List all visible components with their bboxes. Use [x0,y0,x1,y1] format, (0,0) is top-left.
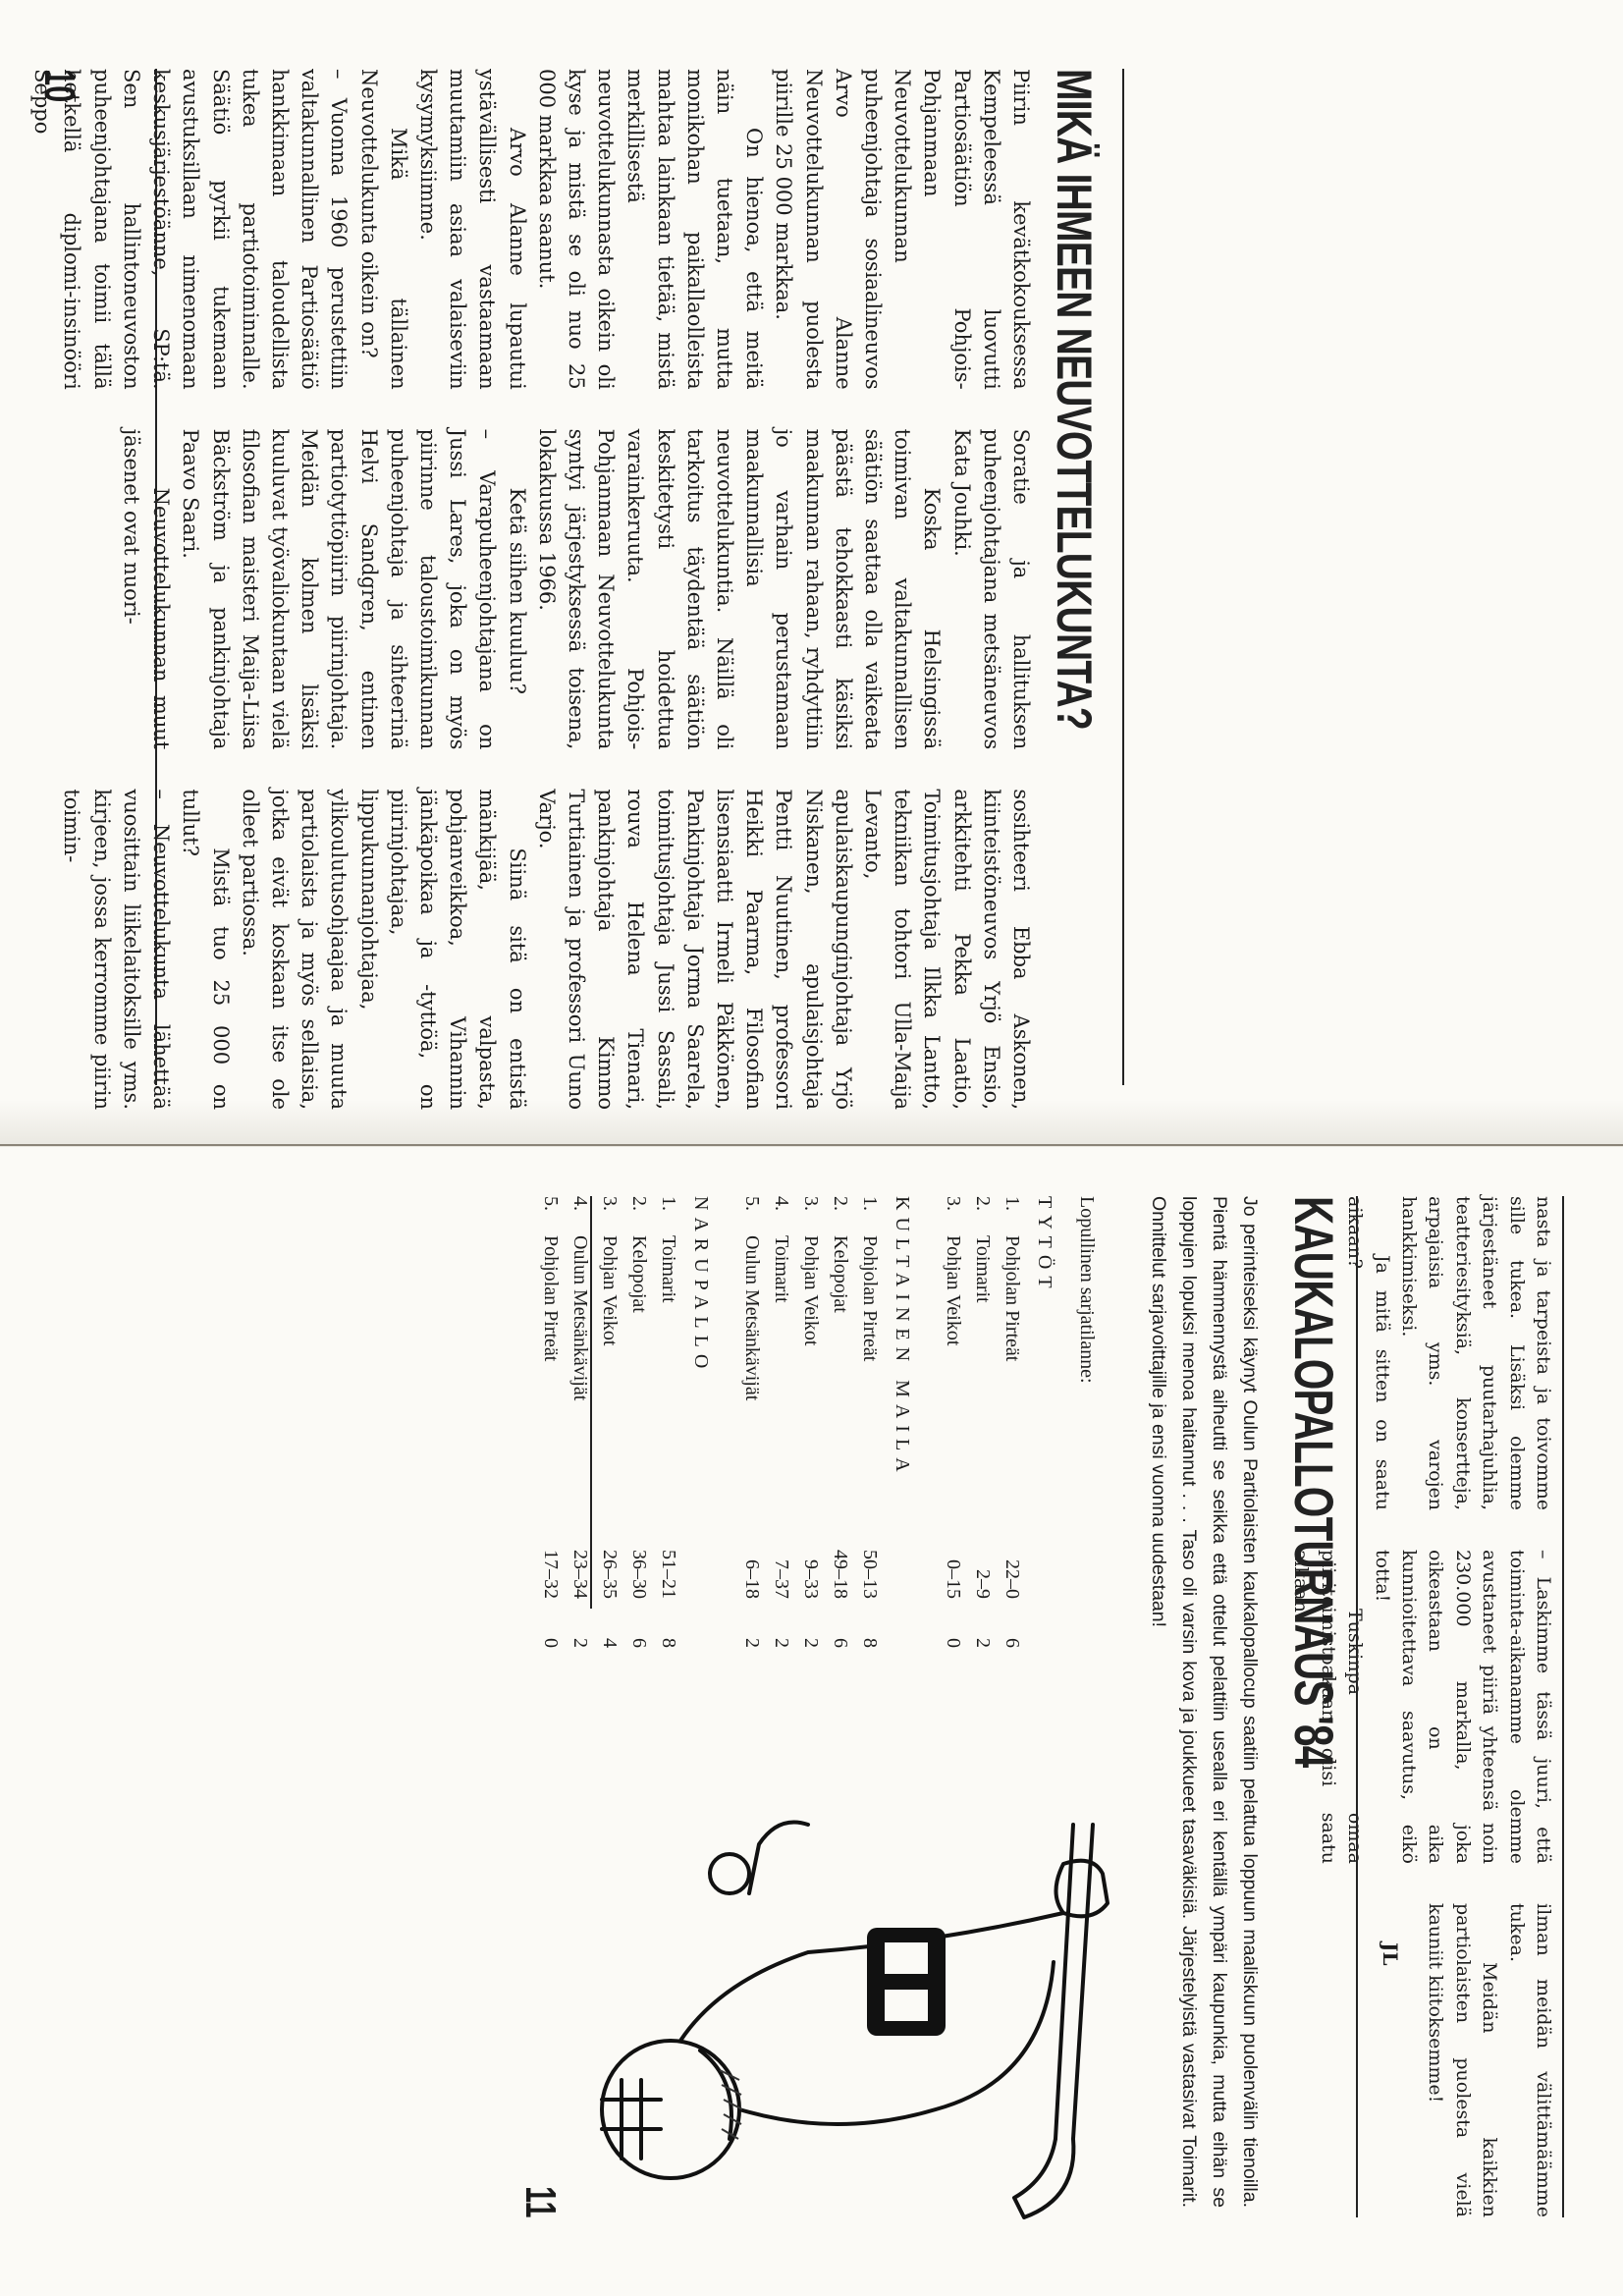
table-row: 5.Oulun Metsänkävijät6–182 [737,1196,767,1825]
continued-rule-top [1562,1196,1564,2217]
column-2: Soratie ja hallituksen puheenjohtajana m… [152,429,1036,750]
cell-score: 17–32 [540,1520,563,1599]
cell-score: 2–9 [972,1520,995,1599]
cell-score: 51–21 [658,1520,680,1599]
paragraph: – Laskimme tässä juuri, että toiminta-ai… [1368,1550,1556,1864]
hockey-player-illustration-icon [582,1785,1132,2247]
table-row: 5.Pohjolan Pirteät17–320 [536,1196,566,1825]
paragraph: Koska Helsingissä toimivan valtakunnalli… [532,429,947,750]
standings-groups: TYTÖT1.Pohjolan Pirteät22–062.Toimarit2–… [536,1196,1055,1825]
table-row: 3.Pohjan Veikot0–150 [939,1196,968,1825]
cell-rank: 2. [830,1196,852,1235]
paragraph: Neuvottelukunnan muut jäsenet ovat nuori… [117,429,176,750]
paragraph: Piirin kevätkokouksessa Kempeleessä luov… [769,69,1036,390]
cell-team: Pohjan Veikot [599,1235,622,1520]
author-signature: JL [1379,1942,1402,1966]
cell-team: Toimarit [972,1235,995,1520]
cell-score: 9–33 [800,1520,823,1599]
table-bottom-rule [590,1196,592,1609]
tournament-title: KAUKALOPALLOTURNAUS '84 [1282,1196,1346,1767]
cell-points: 4 [599,1599,622,1648]
table-row: 2.Kelopojat36–306 [624,1196,654,1825]
table-row: 2.Toimarit2–92 [968,1196,998,1825]
cell-points: 2 [771,1599,793,1648]
cell-score: 6–18 [741,1520,764,1599]
paragraph: sosihteeri Ebba Askonen, kiinteistöneuvo… [532,789,1036,1110]
standings-group: KULTAINEN MAILA1.Pohjolan Pirteät50–1382… [737,1196,913,1825]
cell-team: Toimarit [658,1235,680,1520]
cell-rank: 1. [1001,1196,1024,1235]
page-number: 10 [34,69,83,102]
paragraph: Mikä tällainen Neuvottelukunta oikein on… [353,69,412,390]
cell-rank: 3. [800,1196,823,1235]
paragraph: – Vuonna 1960 perustettiin valtakunnalli… [27,69,353,390]
continued-column-3: ilman meidän välittämäämme tukea.Meidän … [1287,1903,1556,2217]
cell-points: 0 [540,1599,563,1648]
cell-team: Pohjolan Pirteät [540,1235,563,1520]
cell-rank: 4. [771,1196,793,1235]
cell-points: 0 [943,1599,965,1648]
paragraph: Meidän kaikkien partiolaisten puolesta v… [1422,1903,1502,2217]
article-title: MIKÄ IHMEEN NEUVOTTELUKUNTA? [1046,69,1103,730]
paragraph: Soratie ja hallituksen puheenjohtajana m… [947,429,1036,750]
table-row: 1.Toimarit51–218 [654,1196,683,1825]
cell-rank: 1. [658,1196,680,1235]
article-body: Piirin kevätkokouksessa Kempeleessä luov… [152,69,1036,1110]
group-title: KULTAINEN MAILA [891,1196,913,1825]
tournament-lead-text: Jo perinteiseksi käynyt Oulun Partiolais… [1143,1196,1265,2208]
column-1: Piirin kevätkokouksessa Kempeleessä luov… [152,69,1036,390]
cell-points: 6 [1001,1599,1024,1648]
paragraph: Ketä siihen kuuluu? [502,429,531,750]
cell-points: 8 [859,1599,882,1648]
cell-score: 36–30 [628,1520,651,1599]
cell-score: 0–15 [943,1520,965,1599]
standings-group: TYTÖT1.Pohjolan Pirteät22–062.Toimarit2–… [939,1196,1055,1825]
cell-rank: 2. [972,1196,995,1235]
cell-rank: 2. [628,1196,651,1235]
standings-table: Lopullinen sarjatilanne: TYTÖT1.Pohjolan… [511,1196,1098,1825]
cell-team: Pohjan Veikot [943,1235,965,1520]
cell-team: Toimarit [771,1235,793,1520]
table-row: 1.Pohjolan Pirteät22–06 [998,1196,1027,1825]
cell-team: Kelopojat [830,1235,852,1520]
column-3: sosihteeri Ebba Askonen, kiinteistöneuvo… [152,789,1036,1110]
page-number: 11 [515,2186,565,2218]
table-row: 1.Pohjolan Pirteät50–138 [855,1196,885,1825]
cell-team: Pohjolan Pirteät [859,1235,882,1520]
title-rule-top [1122,69,1124,1085]
cell-team: Oulun Metsänkävijät [569,1235,592,1520]
cell-points: 2 [972,1599,995,1648]
standings-group: NARUPALLO1.Toimarit51–2182.Kelopojat36–3… [536,1196,712,1825]
cell-team: Kelopojat [628,1235,651,1520]
table-row: 4.Toimarit7–372 [767,1196,796,1825]
cell-rank: 5. [741,1196,764,1235]
paragraph: – Neuvottelukunta lähettää vuosittain li… [57,789,176,1110]
paragraph: ilman meidän välittämäämme tukea. [1502,1903,1556,2217]
paragraph: nasta ja tarpeista ja toivomme sille tuk… [1395,1196,1556,1510]
cell-score: 49–18 [830,1520,852,1599]
paragraph: Mistä tuo 25 000 on tullut? [176,789,235,1110]
cell-score: 26–35 [599,1520,622,1599]
group-title: TYTÖT [1033,1196,1055,1825]
table-row: 3.Pohjan Veikot9–332 [796,1196,826,1825]
cell-rank: 4. [569,1196,592,1235]
cell-team: Oulun Metsänkävijät [741,1235,764,1520]
bottom-rule [155,69,157,1085]
paragraph: Ja mitä sitten on saatu aikaan? [1341,1196,1395,1510]
paragraph: – Varapuheenjohtajana on Jussi Lares, jo… [176,429,502,750]
group-title: NARUPALLO [689,1196,712,1825]
paragraph: Arvo Alanne lupautui ystävällisesti vast… [413,69,532,390]
cell-points: 8 [658,1599,680,1648]
cell-points: 2 [741,1599,764,1648]
standings-intro: Lopullinen sarjatilanne: [1075,1196,1098,1825]
table-row: 2.Kelopojat49–186 [826,1196,855,1825]
cell-rank: 3. [599,1196,622,1235]
cell-rank: 3. [943,1196,965,1235]
cell-rank: 5. [540,1196,563,1235]
cell-points: 2 [569,1599,592,1648]
cell-points: 6 [628,1599,651,1648]
page-11: nasta ja tarpeista ja toivomme sille tuk… [474,1147,1623,2296]
cell-team: Pohjan Veikot [800,1235,823,1520]
cell-score: 7–37 [771,1520,793,1599]
cell-points: 6 [830,1599,852,1648]
cell-team: Pohjolan Pirteät [1001,1235,1024,1520]
paragraph: Siinä sitä on entistä mänkijää, valpasta… [236,789,532,1110]
cell-score: 50–13 [859,1520,882,1599]
section-divider [1356,1196,1358,2217]
paragraph: On hienoa, että meitä näin tuetaan, mutt… [532,69,770,390]
table-row: 3.Pohjan Veikot26–354 [595,1196,624,1825]
cell-score: 22–0 [1001,1520,1024,1599]
cell-rank: 1. [859,1196,882,1235]
cell-points: 2 [800,1599,823,1648]
cell-score: 23–34 [569,1520,592,1599]
